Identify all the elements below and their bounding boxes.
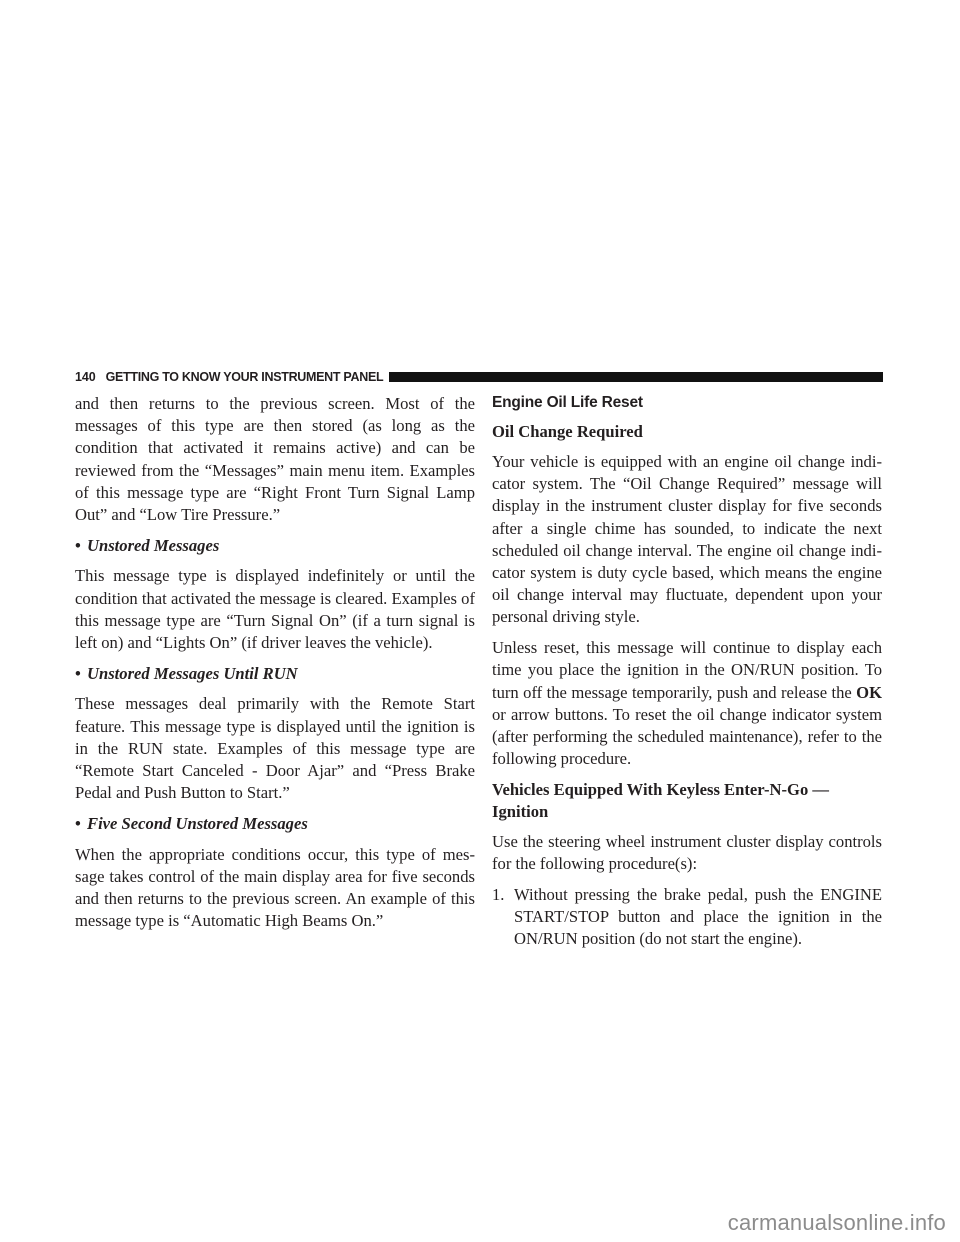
subheading-keyless-enter-n-go: Vehicles Equipped With Keyless Enter-N-G… <box>492 779 882 823</box>
reset-paragraph: Unless reset, this message will continue… <box>492 637 882 770</box>
page-number: 140 <box>75 370 96 384</box>
procedure-step: 1. Without pressing the brake pedal, pus… <box>492 884 882 951</box>
bullet-icon: • <box>75 813 87 835</box>
bullet-title: Five Second Unstored Messages <box>87 814 308 833</box>
bullet-icon: • <box>75 535 87 557</box>
left-column: and then returns to the previous screen.… <box>75 393 475 941</box>
procedure-intro-paragraph: Use the steering wheel instrument cluste… <box>492 831 882 875</box>
reset-paragraph-text-2: or arrow buttons. To reset the oil chang… <box>492 705 882 768</box>
ok-button-label: OK <box>856 683 882 702</box>
subheading-oil-change-required: Oil Change Required <box>492 421 882 443</box>
bullet-title: Unstored Messages Until RUN <box>87 664 298 683</box>
page-header: 140 GETTING TO KNOW YOUR INSTRUMENT PANE… <box>75 368 883 386</box>
reset-paragraph-text-1: Unless reset, this message will continue… <box>492 638 882 701</box>
bullet-unstored-messages-until-run: •Unstored Messages Until RUN <box>75 663 475 685</box>
intro-paragraph: and then returns to the previous screen.… <box>75 393 475 526</box>
oil-change-paragraph: Your vehicle is equipped with an engine … <box>492 451 882 629</box>
bullet-five-second-unstored-messages: •Five Second Unstored Messages <box>75 813 475 835</box>
watermark: carmanualsonline.info <box>728 1210 946 1236</box>
bullet-body: This message type is displayed indefinit… <box>75 565 475 654</box>
step-text: Without pressing the brake pedal, push t… <box>514 884 882 951</box>
bullet-icon: • <box>75 663 87 685</box>
running-header-title: GETTING TO KNOW YOUR INSTRUMENT PANEL <box>106 370 384 384</box>
bullet-body: When the appropriate conditions occur, t… <box>75 844 475 933</box>
bullet-body: These messages deal primarily with the R… <box>75 693 475 804</box>
header-rule-bar <box>389 372 883 382</box>
step-number: 1. <box>492 884 514 951</box>
section-heading: Engine Oil Life Reset <box>492 393 882 412</box>
right-column: Engine Oil Life Reset Oil Change Require… <box>492 393 882 958</box>
bullet-title: Unstored Messages <box>87 536 219 555</box>
bullet-unstored-messages: •Unstored Messages <box>75 535 475 557</box>
